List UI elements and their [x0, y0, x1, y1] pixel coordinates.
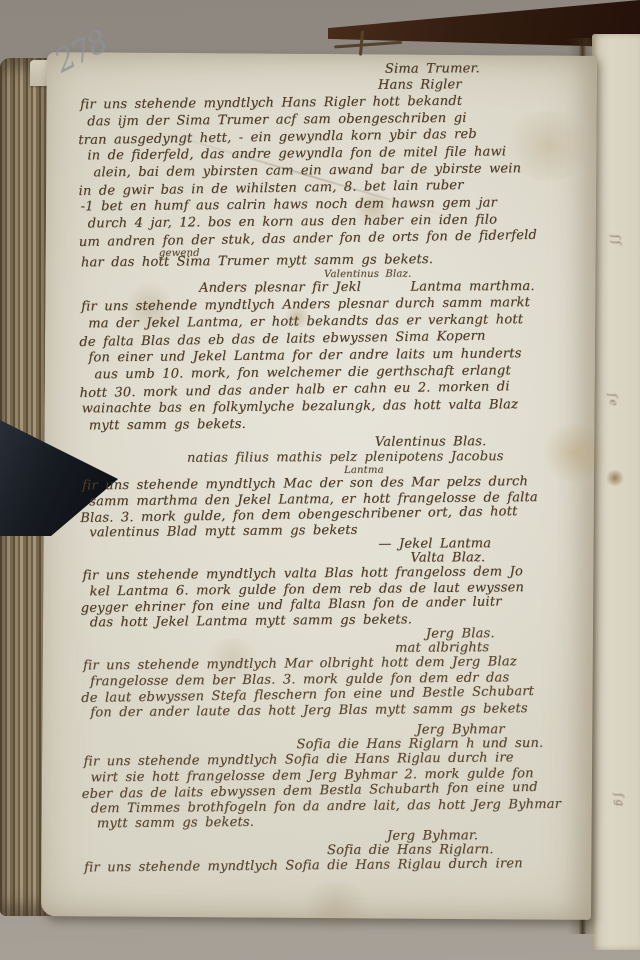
heading-right: Lantma marthma.	[410, 279, 534, 295]
entry-heading: Jerg Blas.	[426, 627, 589, 642]
body-text: fir uns stehende myndtlych Mar olbright …	[83, 655, 589, 720]
cross-horizontal-stroke	[334, 41, 402, 48]
entry-section: — Jekel Lantma Valta Blaz. fir uns stehe…	[82, 537, 588, 630]
facing-page-ink-fragment: ſſ	[609, 234, 623, 248]
facing-page-ink-fragment: ſg	[612, 792, 627, 809]
entry-heading: Jerg Byhmar.	[387, 828, 590, 843]
body-text: fir uns stehende myndtlych Sofia die Han…	[84, 856, 590, 874]
entry-section: Valentinus Blaz. Anders plesnar fir Jekl…	[81, 268, 588, 434]
manuscript-photo: ſſ ſe ſg 278 Sima Trumer. Hans Rigler fi…	[0, 0, 640, 960]
body-text: fir uns stehende myndtlych valta Blas ho…	[83, 565, 589, 630]
text-line: mytt samm gs bekets.	[89, 413, 588, 435]
body-text: fir uns stehende myndtlych Mac der son d…	[82, 475, 588, 540]
entry-section: Valentinus Blas. natias filius mathis pe…	[82, 435, 589, 540]
body-text: fir uns stehende myndtlych Hans Rigler h…	[80, 93, 587, 249]
entry-heading: Valentinus Blas.	[375, 435, 588, 450]
handwritten-text: Sima Trumer. Hans Rigler fir uns stehend…	[80, 61, 590, 875]
body-text: fir uns stehende myndtlych Sofia die Han…	[83, 751, 589, 831]
entry-section: Jerg Byhmar. Sofia die Hans Riglarn. fir…	[84, 828, 590, 874]
stain	[296, 882, 376, 931]
entry-section: fir uns stehende myndtlych Hans Rigler h…	[80, 93, 587, 271]
interline-note: Valentinus Blaz.	[324, 268, 587, 280]
entry-section: Jerg Blas. mat albrights fir uns stehend…	[83, 627, 589, 720]
entry-section: Jerg Byhmar Sofia die Hans Riglarn h und…	[83, 723, 590, 831]
facing-page-edge: ſſ ſe ſg	[592, 34, 640, 950]
entry-heading: Sima Trumer.	[385, 61, 586, 78]
cross-mark-icon	[333, 26, 407, 61]
body-text: fir uns stehende myndtlych Anders plesna…	[81, 295, 588, 434]
heading-left: Anders plesnar fir Jekl	[199, 280, 361, 296]
facing-page-ink-fragment: ſe	[606, 392, 621, 408]
